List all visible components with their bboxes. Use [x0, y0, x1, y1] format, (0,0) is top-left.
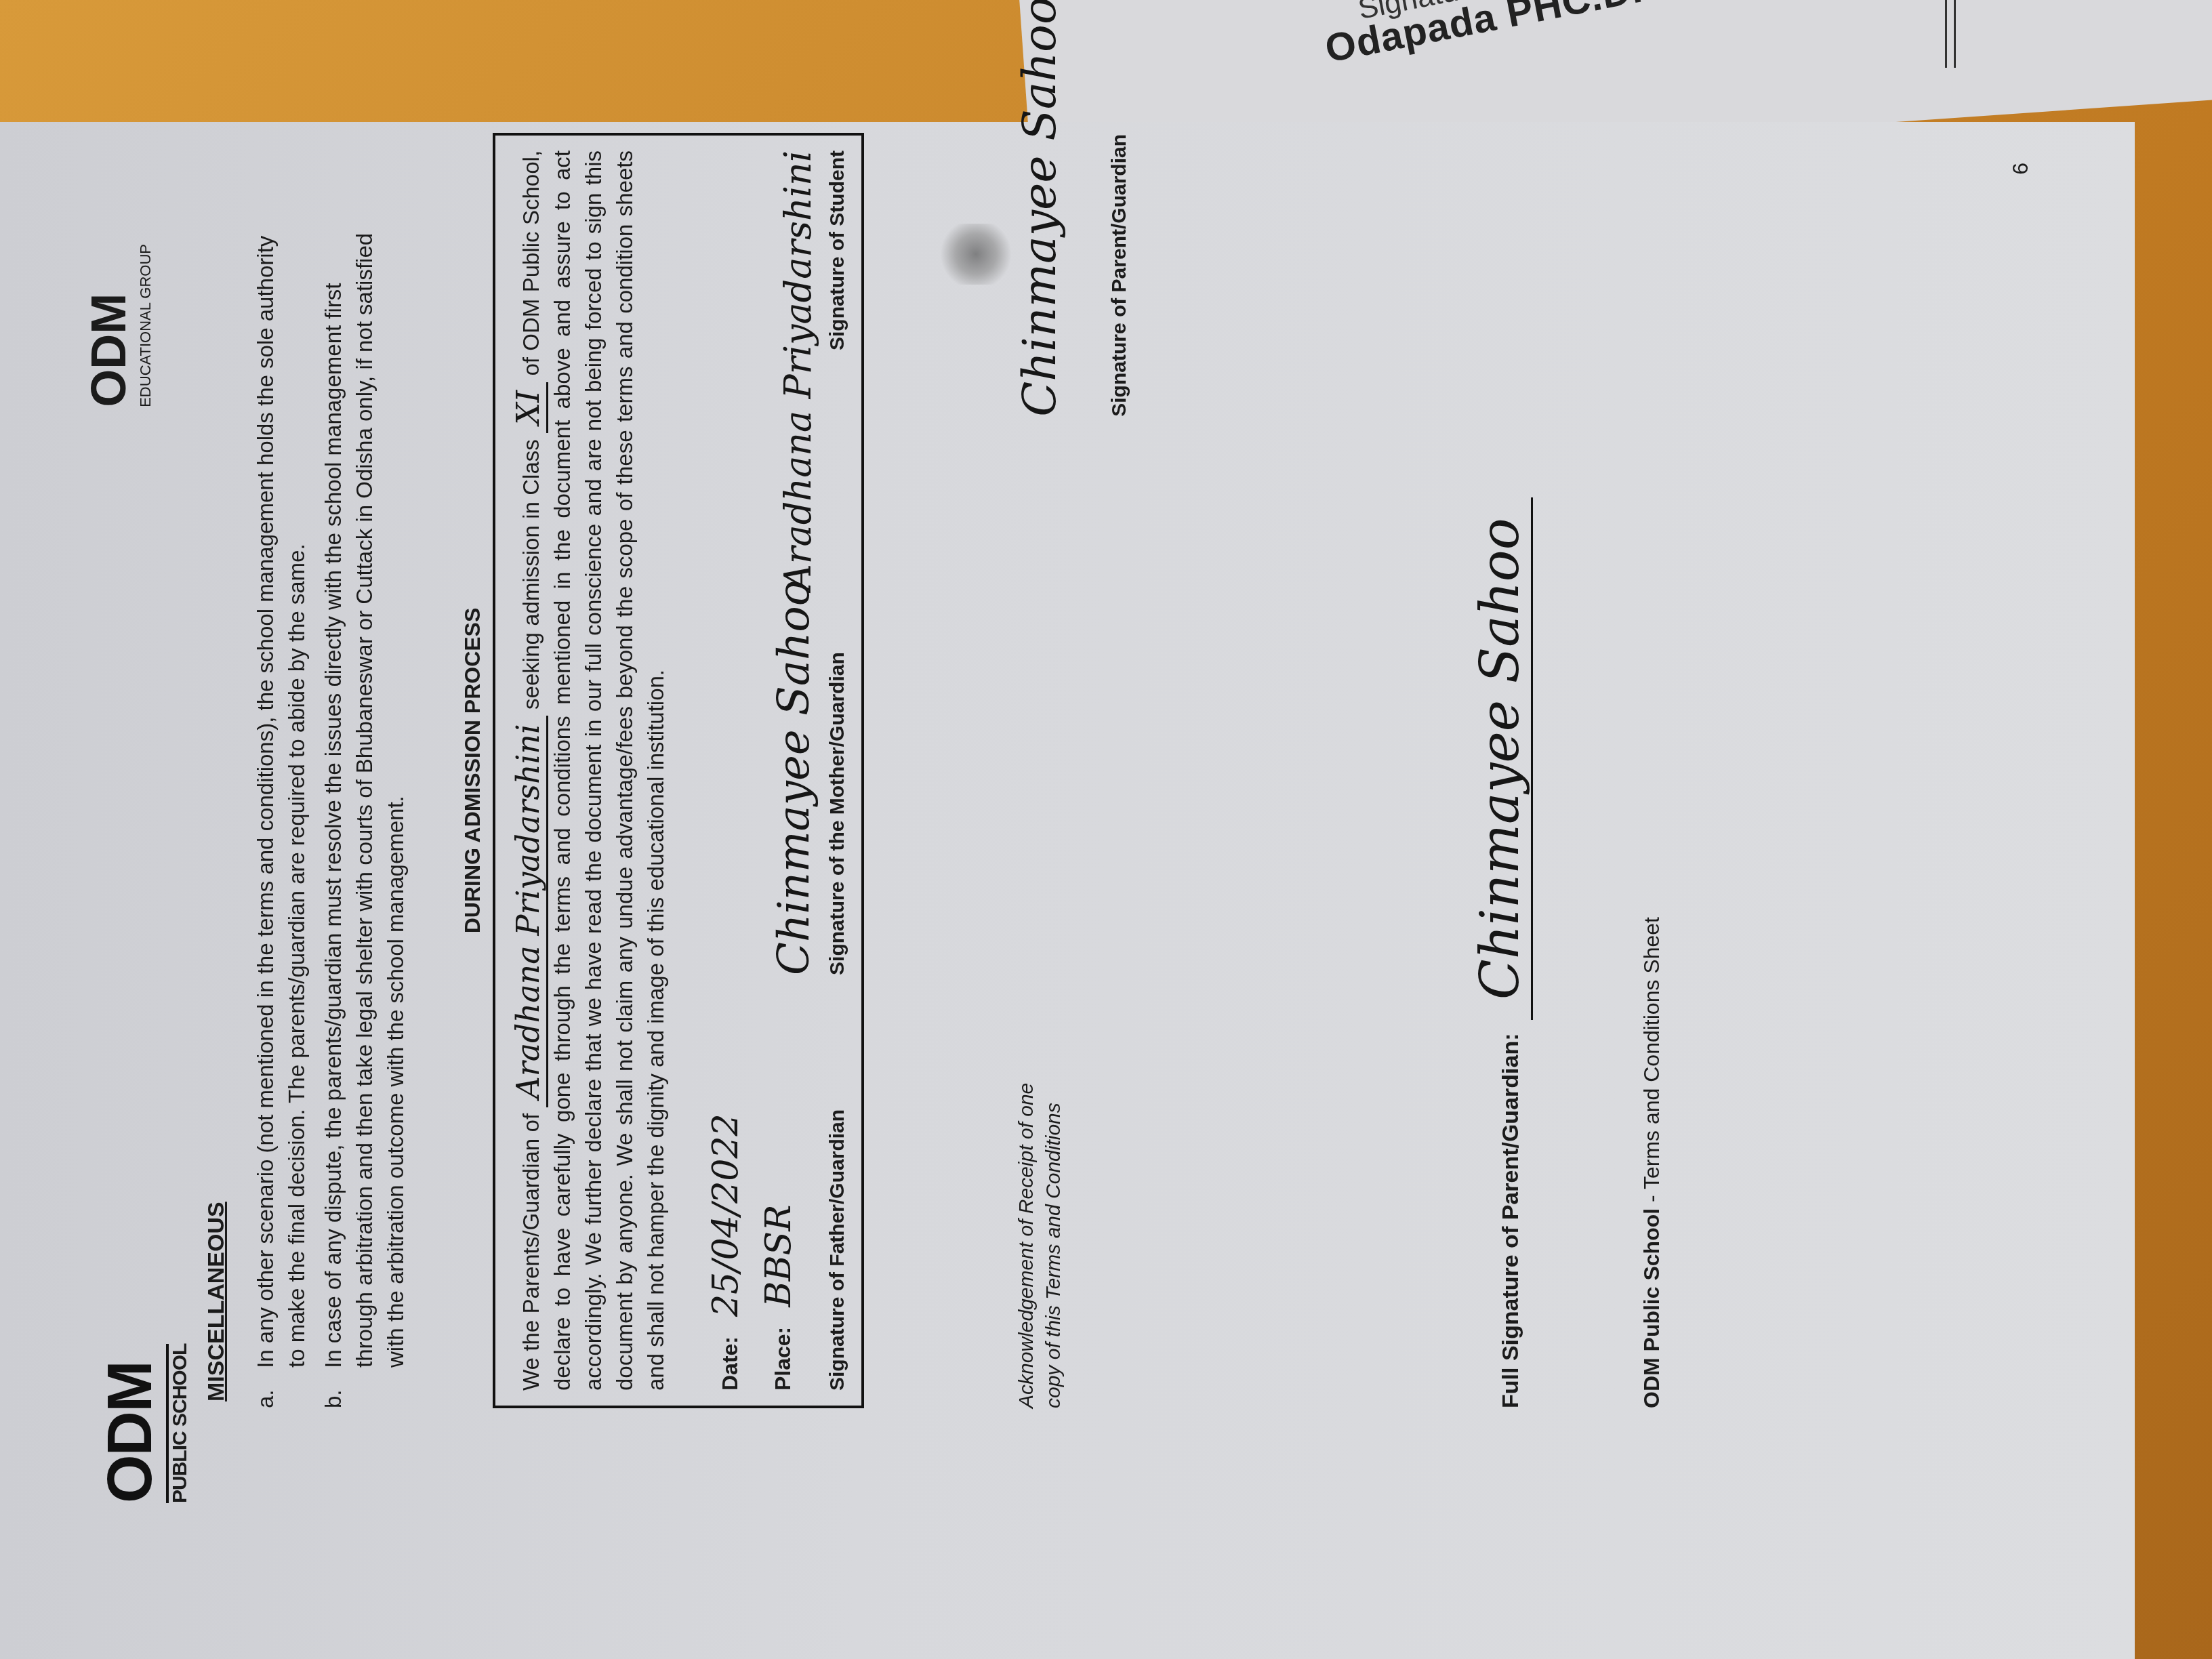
page-number: 6 [2008, 163, 2033, 175]
student-name-field: Aradhana Priyadarshini [510, 716, 548, 1107]
student-signature-label: Signature of Student [826, 150, 848, 350]
logo-right-sub: EDUCATIONAL GROUP [137, 244, 155, 407]
back-sheet-rule [1945, 0, 1956, 68]
odm-public-school-logo: ODM PUBLIC SCHOOL [95, 1340, 203, 1503]
signature-row: Signature of Father/Guardian Chinmayee S… [826, 150, 849, 1391]
full-signature-line: Full Signature of Parent/Guardian: Chinm… [1470, 217, 1531, 1408]
admission-declaration-box: DURING ADMISSION PROCESS We the Parents/… [493, 133, 864, 1408]
student-signature: Aradhana Priyadarshini Signature of Stud… [826, 150, 849, 560]
odm-educational-group-logo: ODM EDUCATIONAL GROUP [81, 244, 155, 407]
miscellaneous-heading: MISCELLANEOUS [203, 217, 230, 1401]
parent-signature-label: Signature of Parent/Guardian [1108, 134, 1130, 417]
student-signature-value: Aradhana Priyadarshini [777, 150, 819, 590]
document-sheet: Date 14-05-2019 ODM PUBLIC SCHOOL ODM ED… [0, 122, 2135, 1659]
logo-brand: ODM [95, 1340, 166, 1503]
miscellaneous-list: a. In any other scenario (not mentioned … [250, 217, 411, 1368]
footer-title: - Terms and Conditions Sheet [1639, 917, 1664, 1208]
mother-signature: Chinmayee Sahoo Signature of the Mother/… [826, 566, 849, 975]
misc-item: b. In case of any dispute, the parents/g… [318, 217, 411, 1368]
ack-line1: Acknowledgement of Receipt of one [1013, 1083, 1040, 1408]
parent-signature-value: Chinmayee Sahoo [1013, 0, 1067, 417]
mother-signature-label: Signature of the Mother/Guardian [826, 652, 848, 975]
page-footer: ODM Public School - Terms and Conditions… [1639, 217, 1664, 1408]
date-value: 25/04/2022 [705, 1113, 746, 1317]
acknowledgement-text: Acknowledgement of Receipt of one copy o… [1013, 1083, 1131, 1408]
document-page: Date 14-05-2019 ODM PUBLIC SCHOOL ODM ED… [0, 122, 2135, 1659]
ack-line2: copy of this Terms and Conditions [1040, 1083, 1067, 1408]
place-label: Place: [771, 1327, 795, 1391]
full-signature-value: Chinmayee Sahoo [1470, 497, 1533, 1020]
ink-smudge [935, 224, 1017, 285]
father-signature-label: Signature of Father/Guardian [826, 1109, 848, 1391]
full-signature-label: Full Signature of Parent/Guardian: [1498, 1033, 1523, 1409]
logo-sub: PUBLIC SCHOOL [166, 1344, 192, 1503]
logo-right-brand: ODM [82, 293, 136, 407]
date-label: Date: [718, 1336, 742, 1391]
misc-item-label: a. [250, 1374, 281, 1408]
father-signature: Signature of Father/Guardian [826, 981, 849, 1391]
footer-brand: ODM Public School [1639, 1208, 1664, 1408]
misc-item: a. In any other scenario (not mentioned … [250, 217, 312, 1368]
mother-signature-value: Chinmayee Sahoo [769, 580, 819, 975]
place-value: BBSR [758, 1205, 799, 1307]
acknowledgement-block: Acknowledgement of Receipt of one copy o… [1013, 134, 1131, 1408]
admission-heading: DURING ADMISSION PROCESS [460, 150, 485, 1391]
misc-item-text: In case of any dispute, the parents/guar… [321, 233, 408, 1368]
decl-mid: seeking admission in Class [518, 439, 544, 710]
declaration-text: We the Parents/Guardian of Aradhana Priy… [512, 150, 672, 1391]
misc-item-label: b. [318, 1374, 349, 1408]
date-row: Date: 25/04/2022 [705, 150, 746, 1391]
decl-prefix: We the Parents/Guardian of [518, 1113, 544, 1391]
page-content: ODM PUBLIC SCHOOL ODM EDUCATIONAL GROUP … [108, 217, 1664, 1544]
misc-item-text: In any other scenario (not mentioned in … [253, 236, 309, 1368]
parent-signature: Chinmayee Sahoo Signature of Parent/Guar… [1013, 134, 1131, 417]
class-field: XI [510, 382, 548, 433]
